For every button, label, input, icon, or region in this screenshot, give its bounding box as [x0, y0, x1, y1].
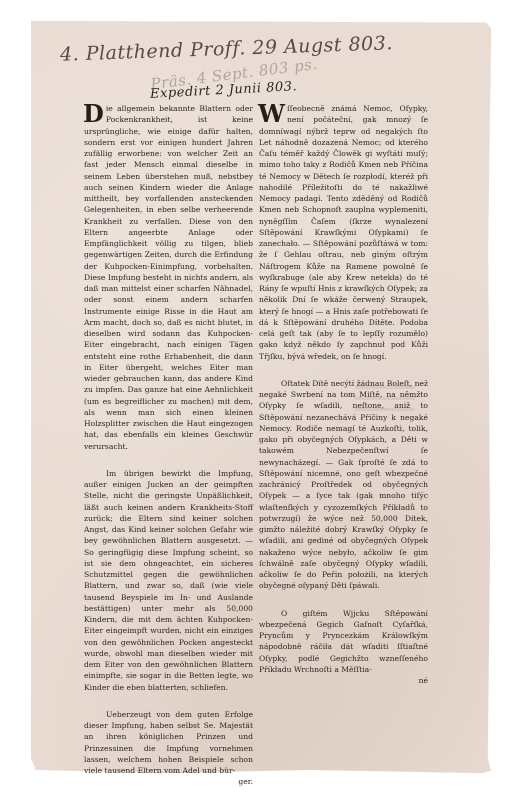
paragraph-text: ie allgemein bekannte Blattern oder Pock… [84, 104, 253, 451]
czech-paragraph-1: Wſſeobecně známá Nemoc, Oſypky, není poč… [259, 103, 428, 362]
ink-bleed-through [355, 386, 415, 414]
german-paragraph-2: Im übrigen bewirkt die Impfung, außer ei… [84, 468, 253, 693]
catchword: né [259, 675, 428, 686]
catchword: ger. [84, 776, 253, 787]
paragraph-text: Im übrigen bewirkt die Impfung, außer ei… [84, 469, 253, 692]
paragraph-text: ſſeobecně známá Nemoc, Oſypky, není počá… [259, 104, 428, 361]
paragraph-text: O giſtém Wjjcku Sſtěpowání wbezpečená Ge… [259, 609, 428, 674]
german-text-column: Die allgemein bekannte Blattern oder Poc… [84, 103, 253, 788]
german-paragraph-3: Ueberzeugt von dem guten Erfolge dieser … [84, 709, 253, 788]
drop-cap: W [258, 104, 285, 124]
paragraph-text: Ueberzeugt von dem guten Erfolge dieser … [84, 710, 253, 775]
czech-paragraph-3: O giſtém Wjjcku Sſtěpowání wbezpečená Ge… [259, 608, 428, 687]
german-paragraph-1: Die allgemein bekannte Blattern oder Poc… [84, 103, 253, 452]
drop-cap: D [83, 104, 104, 124]
